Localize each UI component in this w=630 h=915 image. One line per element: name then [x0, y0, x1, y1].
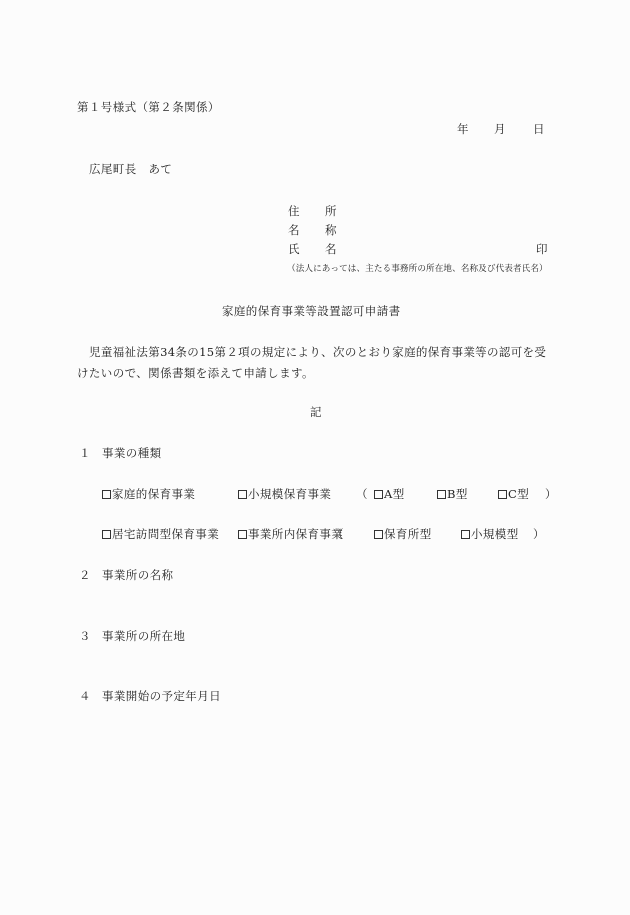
person-name-label-char-2: 名	[325, 242, 337, 256]
ki-heading: 記	[310, 405, 322, 419]
option-type-c[interactable]: C型	[498, 487, 529, 501]
seal-mark: 印	[536, 242, 548, 256]
person-name-label-char-1: 氏	[288, 242, 300, 256]
option-type-c-label: C型	[508, 487, 529, 501]
body-text-line-2: けたいので、関係書類を添えて申請します。	[77, 366, 314, 380]
row1-close-paren: ）	[545, 487, 557, 501]
entity-name-label-char-2: 称	[325, 223, 337, 237]
checkbox-type-b[interactable]	[437, 490, 446, 499]
option-home-visit[interactable]: 居宅訪問型保育事業	[102, 527, 219, 541]
date-month-label: 月	[494, 122, 506, 136]
addressee: 広尾町長 あて	[89, 162, 172, 176]
address-label-char-2: 所	[325, 204, 337, 218]
section-3-number: ３	[79, 629, 91, 643]
row2-open-paren: （	[332, 527, 344, 541]
row1-open-paren: （	[356, 487, 368, 501]
checkbox-type-a[interactable]	[374, 490, 383, 499]
row2-close-paren: ）	[533, 527, 545, 541]
document-page: 第１号様式（第２条関係） 年 月 日 広尾町長 あて 住 所 名 称 氏 名 印…	[0, 0, 630, 915]
section-4-label: 事業開始の予定年月日	[102, 689, 221, 703]
checkbox-small-scale-type[interactable]	[461, 530, 470, 539]
checkbox-type-c[interactable]	[498, 490, 507, 499]
option-type-a-label: A型	[384, 487, 405, 501]
date-year-label: 年	[457, 122, 469, 136]
date-day-label: 日	[533, 122, 545, 136]
option-home-childcare[interactable]: 家庭的保育事業	[102, 487, 195, 501]
section-4-number: ４	[79, 689, 91, 703]
section-1-number: １	[79, 446, 91, 460]
checkbox-in-office[interactable]	[238, 530, 247, 539]
form-number: 第１号様式（第２条関係）	[77, 100, 220, 114]
applicant-note: （法人にあっては、主たる事務所の所在地、名称及び代表者氏名）	[287, 264, 548, 275]
checkbox-home-visit[interactable]	[102, 530, 111, 539]
checkbox-home-childcare[interactable]	[102, 490, 111, 499]
option-type-b[interactable]: B型	[437, 487, 468, 501]
checkbox-small-scale[interactable]	[238, 490, 247, 499]
option-in-office[interactable]: 事業所内保育事業	[238, 527, 343, 541]
option-home-visit-label: 居宅訪問型保育事業	[112, 527, 219, 541]
section-1-label: 事業の種類	[102, 446, 162, 460]
option-type-a[interactable]: A型	[374, 487, 405, 501]
section-2-label: 事業所の名称	[102, 568, 173, 582]
option-small-scale-type[interactable]: 小規模型	[461, 527, 519, 541]
option-in-office-label: 事業所内保育事業	[248, 527, 343, 541]
option-nursery-type[interactable]: 保育所型	[374, 527, 432, 541]
option-small-scale-label: 小規模保育事業	[248, 487, 331, 501]
body-text-line-1: 児童福祉法第34条の15第２項の規定により、次のとおり家庭的保育事業等の認可を受	[89, 345, 546, 359]
document-title: 家庭的保育事業等設置認可申請書	[222, 304, 401, 318]
option-small-scale[interactable]: 小規模保育事業	[238, 487, 331, 501]
section-2-number: ２	[79, 568, 91, 582]
option-home-childcare-label: 家庭的保育事業	[112, 487, 195, 501]
checkbox-nursery-type[interactable]	[374, 530, 383, 539]
option-nursery-type-label: 保育所型	[384, 527, 432, 541]
address-label-char-1: 住	[288, 204, 300, 218]
option-small-scale-type-label: 小規模型	[471, 527, 519, 541]
section-3-label: 事業所の所在地	[102, 629, 185, 643]
entity-name-label-char-1: 名	[288, 223, 300, 237]
option-type-b-label: B型	[447, 487, 468, 501]
